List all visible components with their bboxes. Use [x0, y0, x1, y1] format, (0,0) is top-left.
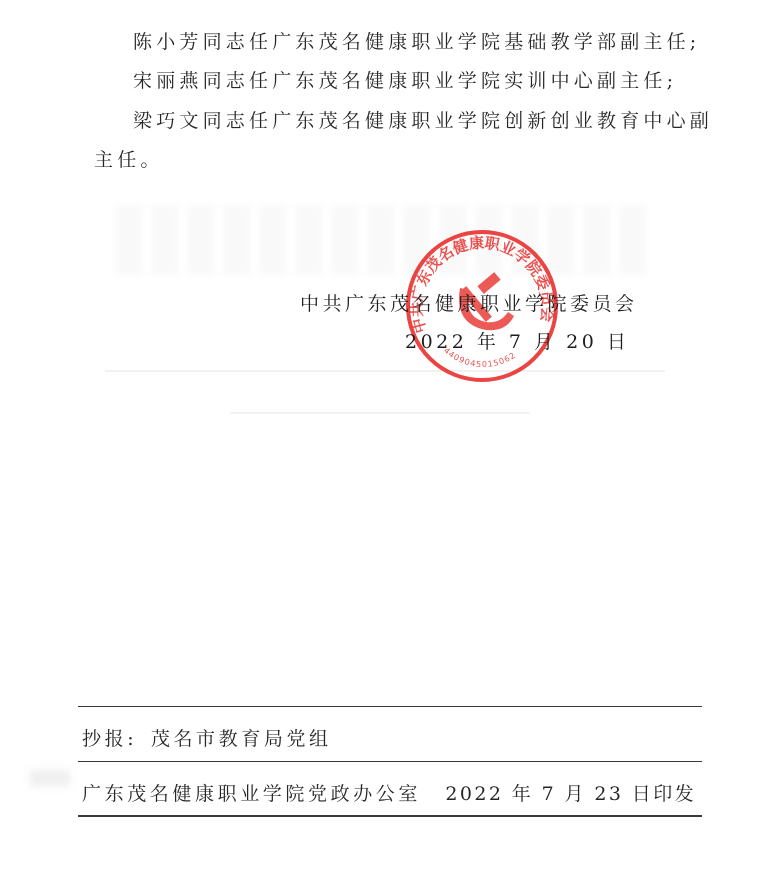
appointment-line-1: 陈小芳同志任广东茂名健康职业学院基础教学部副主任; — [133, 27, 700, 54]
scan-smudge — [30, 770, 70, 786]
appointment-line-3: 梁巧文同志任广东茂名健康职业学院创新创业教育中心副 — [133, 106, 713, 133]
issuer: 广东茂名健康职业学院党政办公室 — [82, 779, 421, 806]
appointment-line-3-cont: 主任。 — [94, 145, 164, 172]
footer-divider-bottom — [78, 815, 702, 817]
appointment-line-2: 宋丽燕同志任广东茂名健康职业学院实训中心副主任; — [133, 66, 677, 93]
footer-divider-top — [78, 706, 702, 707]
signature-organization: 中共广东茂名健康职业学院委员会 — [300, 289, 638, 316]
bleed-through-header — [115, 205, 655, 275]
bleed-through-line — [105, 370, 665, 372]
cc-value: 茂名市教育局党组 — [151, 728, 332, 750]
bleed-through-line — [230, 412, 530, 414]
cc-label: 抄报: — [82, 728, 137, 750]
cc-line: 抄报: 茂名市教育局党组 — [82, 724, 332, 751]
issue-date: 2022 年 7 月 23 日印发 — [386, 779, 696, 806]
footer-divider-middle — [78, 761, 702, 762]
signature-date: 2022 年 7 月 20 日 — [405, 327, 629, 354]
